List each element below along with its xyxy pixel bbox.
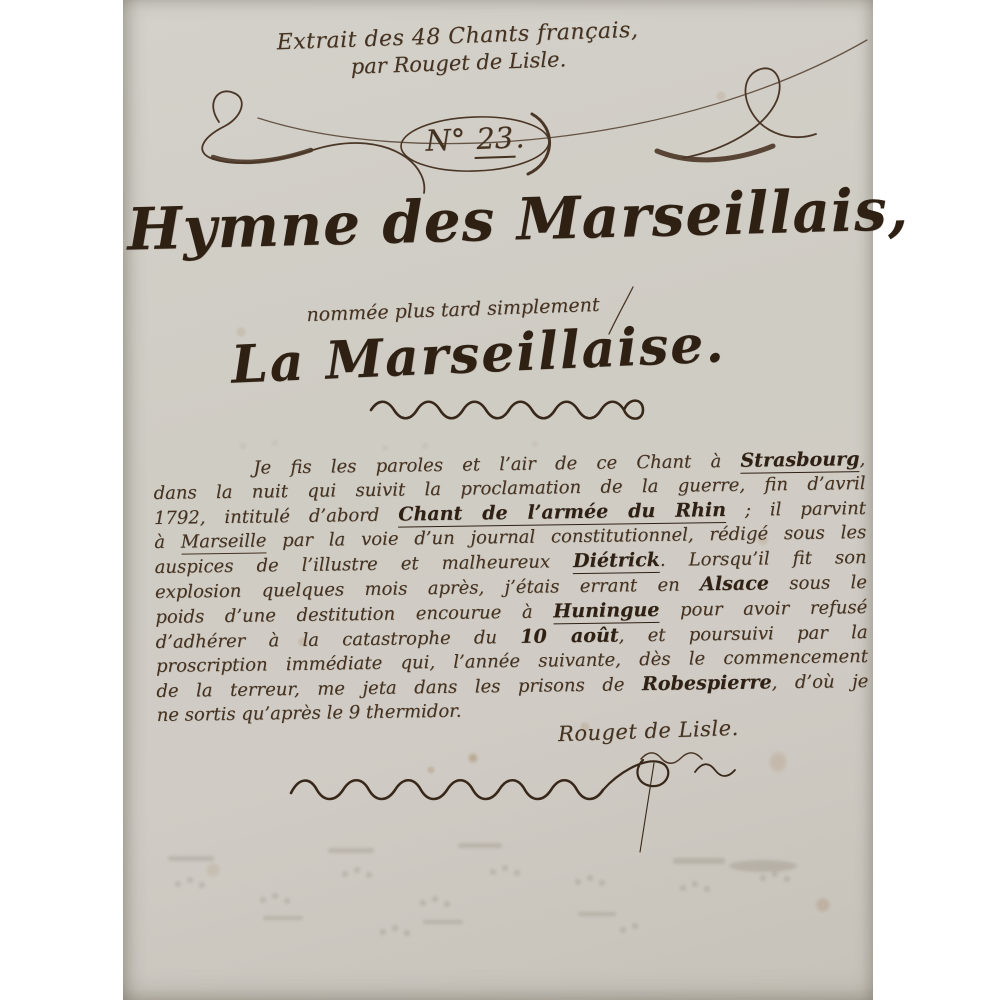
title-squiggle-rule <box>371 401 643 419</box>
line-text: pour avoir refusé <box>659 597 867 621</box>
line-text: . Lorsqu’il fit son <box>660 547 867 571</box>
line-emphasis: Diétrick <box>573 549 660 574</box>
line-text: ne sortis qu’après le 9 thermidor. <box>157 701 462 726</box>
line-text: ; il parvint <box>726 498 866 521</box>
bottom-squiggle-rule <box>291 760 735 852</box>
screenshot-stage: Extrait des 48 Chants français, par Roug… <box>0 0 996 1000</box>
line-text: , et poursuivi par la <box>619 622 868 646</box>
line-emphasis: Marseille <box>181 530 267 554</box>
line-text: de la terreur, me jeta dans les prisons … <box>156 674 642 702</box>
line-emphasis: Strasbourg <box>740 448 859 474</box>
line-text: poids d’une destitution encourue à <box>155 601 553 628</box>
line-emphasis: Huningue <box>553 599 660 624</box>
line-emphasis: Alsace <box>700 572 769 595</box>
number-prefix: N° <box>425 122 466 157</box>
music-showthrough <box>168 843 797 936</box>
number-label: N°23. <box>374 119 575 160</box>
number-value: 23 <box>474 121 516 159</box>
line-text: à <box>154 532 181 553</box>
line-text: auspices de l’illustre et malheureux <box>155 551 574 578</box>
body-paragraph: Je fis les paroles et l’air de ce Chant … <box>153 447 869 728</box>
line-text: , d’où je <box>772 671 869 693</box>
faint-showthrough-dots <box>240 440 538 451</box>
line-text: d’adhérer à la catastrophe du <box>156 627 521 653</box>
manuscript-page-photo: Extrait des 48 Chants français, par Roug… <box>123 0 873 1000</box>
number-suffix: . <box>515 120 525 154</box>
line-emphasis: 10 août <box>520 625 619 648</box>
line-text: , <box>859 449 865 470</box>
line-text: 1792, intitulé d’abord <box>154 505 399 529</box>
line-text: sous le <box>769 572 867 594</box>
line-emphasis: Robespierre <box>642 671 772 695</box>
